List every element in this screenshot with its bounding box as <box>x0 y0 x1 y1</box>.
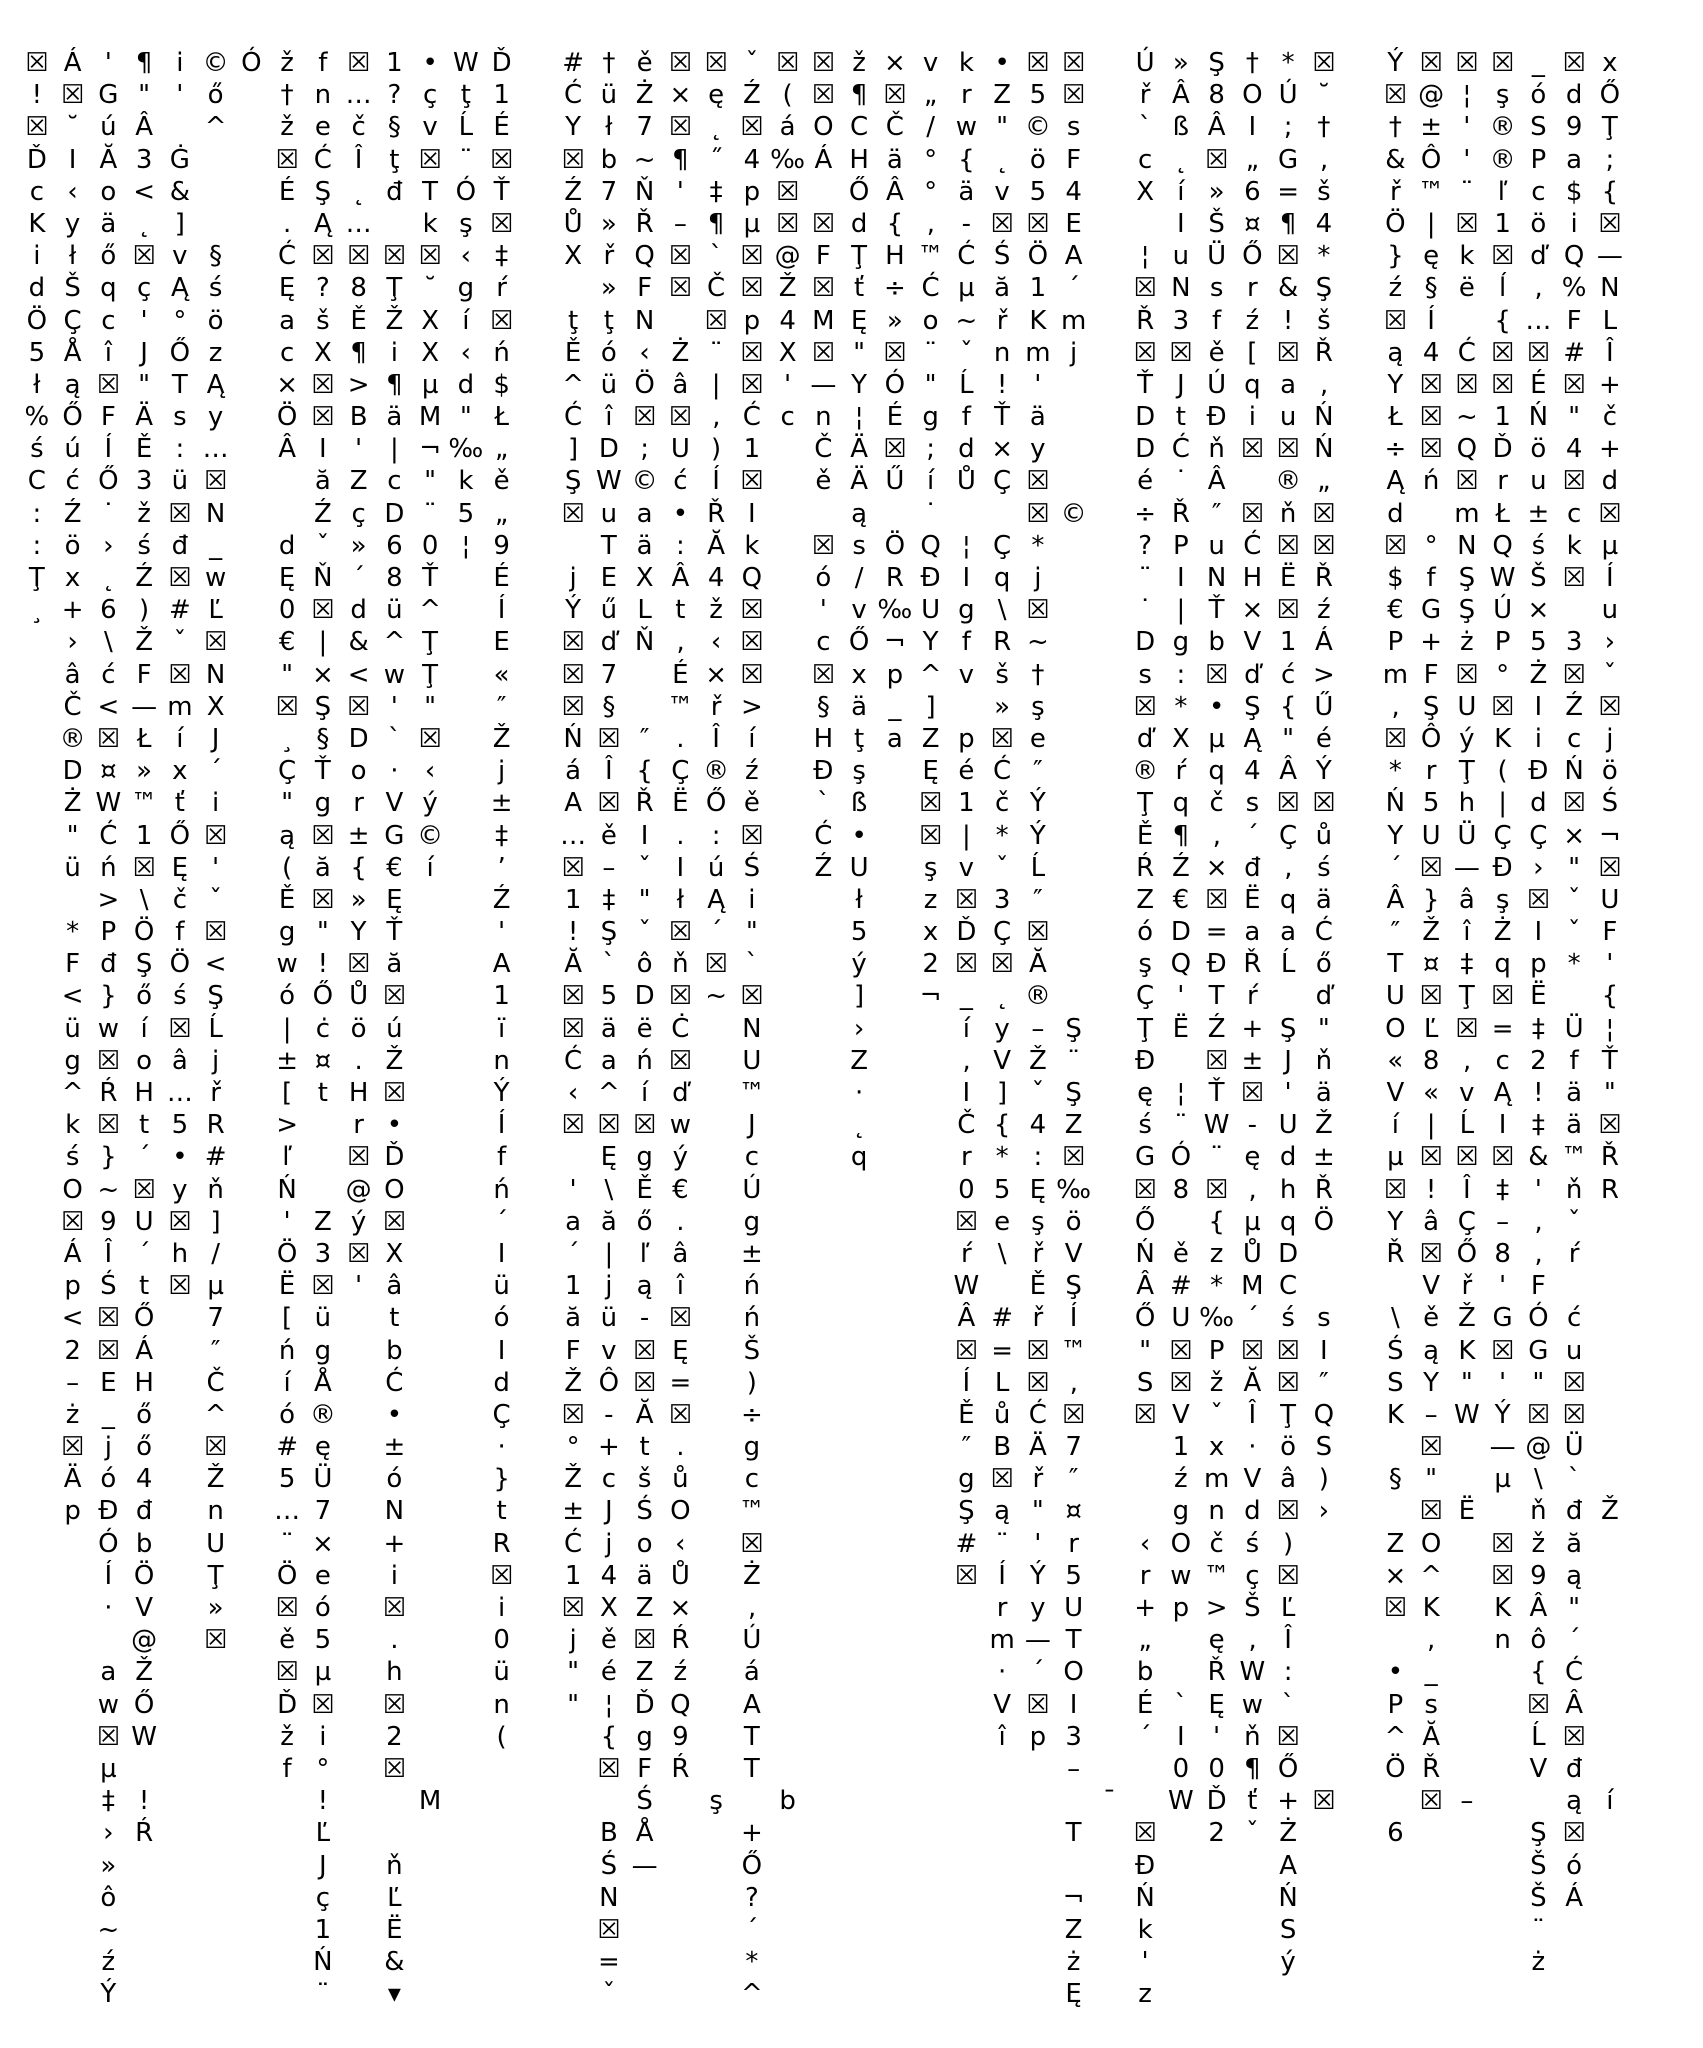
glyph-cell: p <box>877 659 913 691</box>
glyph-cell: ☒ <box>1485 1141 1521 1173</box>
glyph-cell: Đ <box>1199 401 1235 433</box>
glyph-cell <box>806 1206 842 1238</box>
glyph-cell: Ý <box>1020 820 1056 852</box>
glyph-cell: ˙ <box>1163 465 1199 497</box>
glyph-cell <box>198 1914 234 1946</box>
glyph-cell <box>949 1946 985 1978</box>
glyph-cell: 2 <box>55 1335 91 1367</box>
glyph-cell: { <box>341 852 377 884</box>
glyph-cell <box>448 1978 484 2010</box>
glyph-cell: " <box>627 884 663 916</box>
glyph-cell: i <box>305 1721 341 1753</box>
glyph-cell <box>520 1431 556 1463</box>
glyph-cell: } <box>1378 240 1414 272</box>
glyph-cell: ` <box>377 723 413 755</box>
glyph-cell: ¨ <box>698 337 734 369</box>
glyph-cell: ' <box>162 79 198 111</box>
glyph-cell: ´ <box>1378 852 1414 884</box>
glyph-cell: ą <box>1556 1785 1592 1817</box>
glyph-cell: ř <box>1020 1238 1056 1270</box>
glyph-cell: Í <box>1413 305 1449 337</box>
glyph-cell <box>234 1592 270 1624</box>
glyph-cell: Ź <box>305 498 341 530</box>
glyph-cell <box>806 1174 842 1206</box>
glyph-cell: q <box>1485 948 1521 980</box>
glyph-cell: w <box>949 111 985 143</box>
glyph-cell: í <box>162 723 198 755</box>
glyph-cell: ň <box>1199 433 1235 465</box>
glyph-cell: © <box>627 465 663 497</box>
glyph-cell: ☒ <box>555 1013 591 1045</box>
glyph-cell <box>877 1560 913 1592</box>
glyph-cell <box>877 787 913 819</box>
glyph-cell: 1 <box>555 1270 591 1302</box>
glyph-cell <box>806 498 842 530</box>
glyph-cell: ċ <box>305 1013 341 1045</box>
glyph-cell <box>484 1850 520 1882</box>
glyph-cell: ☒ <box>806 79 842 111</box>
glyph-cell: " <box>1270 723 1306 755</box>
glyph-cell: L <box>984 1367 1020 1399</box>
glyph-cell: Z <box>627 1592 663 1624</box>
glyph-cell <box>520 1463 556 1495</box>
glyph-cell <box>877 1528 913 1560</box>
glyph-cell: Ë <box>663 787 699 819</box>
glyph-cell: ☒ <box>770 208 806 240</box>
glyph-cell: Ć <box>377 1367 413 1399</box>
glyph-cell <box>698 1495 734 1527</box>
glyph-cell <box>1056 1785 1092 1817</box>
glyph-cell <box>1378 1624 1414 1656</box>
glyph-cell <box>698 1463 734 1495</box>
glyph-cell: ☒ <box>91 1045 127 1077</box>
glyph-cell: Â <box>1556 1689 1592 1721</box>
glyph-cell: ☒ <box>1306 530 1342 562</box>
glyph-cell: ` <box>734 948 770 980</box>
glyph-cell: „ <box>1127 1624 1163 1656</box>
glyph-cell: 7 <box>198 1302 234 1334</box>
glyph-cell: ´ <box>484 1206 520 1238</box>
glyph-cell: â <box>162 1045 198 1077</box>
glyph-cell: ☒ <box>663 401 699 433</box>
glyph-cell: P <box>1378 1689 1414 1721</box>
glyph-cell: + <box>1413 626 1449 658</box>
glyph-cell <box>1306 1817 1342 1849</box>
glyph-cell: Ç <box>484 1399 520 1431</box>
glyph-cell <box>1306 1270 1342 1302</box>
glyph-cell: . <box>663 723 699 755</box>
glyph-cell: Ô <box>1413 723 1449 755</box>
glyph-cell: J <box>126 337 162 369</box>
glyph-cell: a <box>1270 369 1306 401</box>
glyph-cell: { <box>1485 305 1521 337</box>
glyph-cell: Î <box>1449 1174 1485 1206</box>
glyph-cell: ® <box>698 755 734 787</box>
glyph-cell: d <box>1235 1495 1271 1527</box>
glyph-cell: " <box>55 820 91 852</box>
glyph-cell: ¶ <box>341 337 377 369</box>
glyph-cell: – <box>591 852 627 884</box>
glyph-cell: P <box>1199 1335 1235 1367</box>
glyph-cell: Ś <box>734 852 770 884</box>
glyph-cell <box>770 1914 806 1946</box>
glyph-cell: ☒ <box>1270 530 1306 562</box>
glyph-cell: © <box>1056 498 1092 530</box>
glyph-cell: I <box>949 562 985 594</box>
glyph-cell <box>1235 1882 1271 1914</box>
glyph-cell <box>1485 1978 1521 2010</box>
text-row: Ób U ¨× + R Ćjo‹ ☒ #¨'r ‹Očś) ZO ☒žă <box>19 1528 1628 1560</box>
glyph-cell: ☒ <box>627 401 663 433</box>
glyph-cell: Y <box>555 111 591 143</box>
glyph-cell: ň <box>1235 1721 1271 1753</box>
glyph-cell: ▾ <box>377 1978 413 2010</box>
glyph-cell: % <box>1556 272 1592 304</box>
glyph-cell: Ľ <box>1270 1592 1306 1624</box>
glyph-cell <box>520 1335 556 1367</box>
glyph-cell: 8 <box>1199 79 1235 111</box>
glyph-cell <box>198 1978 234 2010</box>
glyph-cell: ☒ <box>1020 47 1056 79</box>
glyph-cell: • <box>162 1141 198 1173</box>
glyph-cell <box>448 1367 484 1399</box>
glyph-cell: d <box>949 433 985 465</box>
glyph-cell: Ţ <box>1449 980 1485 1012</box>
glyph-cell: Ç <box>984 530 1020 562</box>
glyph-cell: b <box>1127 1656 1163 1688</box>
text-row: ☒W ži 2 ( {g9 T îp3 ´I'ň☒ ^Ă Ĺ☒ <box>19 1721 1628 1753</box>
glyph-cell: } <box>91 980 127 1012</box>
glyph-cell: 1 <box>555 884 591 916</box>
glyph-cell <box>1092 916 1128 948</box>
glyph-cell: ® <box>1270 465 1306 497</box>
text-row: ¸+6)#Ľ 0☒dü^ Í ÝűLtž☒ 'v‰Ug\☒ ˙|Ť×☒ź €GŞ… <box>19 594 1628 626</box>
glyph-cell <box>1592 1431 1628 1463</box>
glyph-cell: ´ <box>126 1238 162 1270</box>
glyph-cell: _ <box>949 980 985 1012</box>
glyph-cell: 9 <box>663 1721 699 1753</box>
glyph-cell: ¶ <box>377 369 413 401</box>
text-row: *PÖf☒ g"YŤ ' !Şˇ☒´" 5 xĎÇ☒ óD=aaĆ ″ŽîŻIˇ… <box>19 916 1628 948</box>
glyph-cell <box>1592 1463 1628 1495</box>
glyph-cell <box>663 1785 699 1817</box>
glyph-cell <box>19 948 55 980</box>
glyph-cell: ☒ <box>1449 208 1485 240</box>
glyph-cell: ☒ <box>1485 1560 1521 1592</box>
glyph-cell: ☒ <box>806 208 842 240</box>
glyph-cell: n <box>984 337 1020 369</box>
glyph-cell: ő <box>126 980 162 1012</box>
glyph-cell: ' <box>1485 1270 1521 1302</box>
glyph-cell <box>877 1495 913 1527</box>
glyph-cell: d <box>1556 79 1592 111</box>
glyph-cell: k <box>55 1109 91 1141</box>
glyph-cell: é <box>591 1656 627 1688</box>
glyph-cell: c <box>770 401 806 433</box>
glyph-cell: ř <box>698 691 734 723</box>
glyph-cell: ţ <box>591 305 627 337</box>
glyph-cell <box>698 1013 734 1045</box>
glyph-cell: ¦ <box>949 530 985 562</box>
glyph-cell <box>520 498 556 530</box>
glyph-cell <box>1485 1656 1521 1688</box>
glyph-cell: t <box>1163 401 1199 433</box>
glyph-cell <box>412 1174 448 1206</box>
glyph-cell: » <box>341 530 377 562</box>
glyph-cell <box>412 1431 448 1463</box>
glyph-cell: † <box>1306 111 1342 143</box>
glyph-cell: h <box>377 1656 413 1688</box>
glyph-cell: * <box>1556 948 1592 980</box>
glyph-cell: T <box>734 1753 770 1785</box>
glyph-cell: * <box>734 1946 770 1978</box>
glyph-cell <box>520 1817 556 1849</box>
glyph-cell <box>1235 1850 1271 1882</box>
glyph-cell <box>1127 208 1163 240</box>
glyph-cell <box>1235 1914 1271 1946</box>
glyph-cell: ± <box>555 1495 591 1527</box>
glyph-cell: ¦ <box>591 1689 627 1721</box>
glyph-cell <box>984 498 1020 530</box>
glyph-cell: ☒ <box>555 659 591 691</box>
glyph-cell: I <box>627 820 663 852</box>
glyph-cell: N <box>198 659 234 691</box>
glyph-cell: Ě <box>949 1399 985 1431</box>
glyph-cell: ‚ <box>1199 820 1235 852</box>
glyph-cell: 1 <box>734 433 770 465</box>
glyph-cell: Ő <box>162 337 198 369</box>
glyph-cell <box>806 1141 842 1173</box>
glyph-cell: ☒ <box>341 948 377 980</box>
glyph-cell <box>484 1978 520 2010</box>
glyph-cell: ç <box>305 1882 341 1914</box>
glyph-cell <box>19 1270 55 1302</box>
glyph-cell: … <box>269 1495 305 1527</box>
glyph-cell: t <box>126 1270 162 1302</box>
glyph-cell: ‡ <box>1449 948 1485 980</box>
glyph-cell: Ž <box>555 1367 591 1399</box>
glyph-cell: & <box>1378 144 1414 176</box>
glyph-cell: ☒ <box>1270 1721 1306 1753</box>
glyph-cell: Á <box>55 47 91 79</box>
glyph-cell: + <box>377 1528 413 1560</box>
glyph-cell: ‡ <box>1521 1109 1557 1141</box>
glyph-cell: ! <box>984 369 1020 401</box>
glyph-cell: µ <box>305 1656 341 1688</box>
glyph-cell <box>770 1850 806 1882</box>
glyph-cell: ń <box>91 852 127 884</box>
glyph-cell <box>698 1914 734 1946</box>
glyph-cell: 0 <box>1199 1753 1235 1785</box>
glyph-cell: Ś <box>984 240 1020 272</box>
text-row: ›Ŕ Ľ BÅ + T ☒ 2ˇŻ 6 Ş☒ <box>19 1817 1628 1849</box>
glyph-cell: 4 <box>698 562 734 594</box>
glyph-cell: • <box>1199 691 1235 723</box>
glyph-cell <box>1056 723 1092 755</box>
glyph-cell: ¶ <box>1163 820 1199 852</box>
glyph-cell: G <box>1413 594 1449 626</box>
glyph-cell <box>877 1013 913 1045</box>
glyph-cell: 3 <box>1163 305 1199 337</box>
glyph-cell: / <box>841 562 877 594</box>
glyph-cell: Ţ <box>841 240 877 272</box>
glyph-cell: ä <box>91 208 127 240</box>
glyph-cell: ü <box>591 1302 627 1334</box>
glyph-cell: u <box>1592 594 1628 626</box>
glyph-cell: ř <box>1449 1270 1485 1302</box>
glyph-cell: ź <box>91 1946 127 1978</box>
glyph-cell: ☒ <box>91 1109 127 1141</box>
glyph-cell: ž <box>1521 1528 1557 1560</box>
glyph-cell <box>234 240 270 272</box>
glyph-cell <box>1342 176 1378 208</box>
glyph-cell: ~ <box>1020 626 1056 658</box>
glyph-cell: 5 <box>448 498 484 530</box>
glyph-cell: • <box>663 498 699 530</box>
glyph-cell <box>234 820 270 852</box>
glyph-cell <box>234 884 270 916</box>
glyph-cell: „ <box>484 498 520 530</box>
glyph-cell <box>1449 1528 1485 1560</box>
glyph-cell: g <box>305 1335 341 1367</box>
glyph-cell: { <box>984 1109 1020 1141</box>
glyph-cell: E <box>591 562 627 594</box>
glyph-cell: ˇ <box>627 852 663 884</box>
glyph-cell: • <box>377 1109 413 1141</box>
glyph-cell: ☒ <box>1270 594 1306 626</box>
glyph-cell: ¦ <box>1449 79 1485 111</box>
glyph-cell <box>412 1109 448 1141</box>
glyph-cell: ☒ <box>1592 208 1628 240</box>
glyph-cell: w <box>91 1689 127 1721</box>
text-row: <☒Ő 7 [ü t ó ăü-☒ ń Â#řÍ ŐU‰´śs \ěŽGÓć <box>19 1302 1628 1334</box>
glyph-cell: X <box>1127 176 1163 208</box>
glyph-cell: Í <box>1592 562 1628 594</box>
glyph-cell: 7 <box>627 111 663 143</box>
glyph-cell <box>341 1656 377 1688</box>
glyph-cell: ☒ <box>555 852 591 884</box>
glyph-cell: ☒ <box>377 240 413 272</box>
glyph-cell <box>1092 369 1128 401</box>
glyph-cell: r <box>1056 1528 1092 1560</box>
glyph-cell <box>806 948 842 980</box>
glyph-cell: H <box>1235 562 1271 594</box>
glyph-cell: Y <box>1413 1367 1449 1399</box>
glyph-cell: „ <box>1306 465 1342 497</box>
glyph-cell <box>198 208 234 240</box>
glyph-cell <box>19 1721 55 1753</box>
glyph-cell: ë <box>627 1013 663 1045</box>
glyph-cell: ‰ <box>877 594 913 626</box>
glyph-cell <box>555 1882 591 1914</box>
glyph-cell: & <box>1521 1141 1557 1173</box>
text-row: ŻW™ťi "grVý ± A☒ŘËŐě `ß ☒1čÝ Ţqčs☒☒ Ń5h|… <box>19 787 1628 819</box>
glyph-cell <box>234 1109 270 1141</box>
glyph-cell: ű <box>591 594 627 626</box>
glyph-cell: j <box>1056 337 1092 369</box>
glyph-cell: 6 <box>91 594 127 626</box>
glyph-cell <box>269 465 305 497</box>
glyph-cell: i <box>198 787 234 819</box>
glyph-cell: » <box>198 1592 234 1624</box>
glyph-cell <box>520 1302 556 1334</box>
glyph-cell: @ <box>770 240 806 272</box>
glyph-cell: ő <box>126 1431 162 1463</box>
glyph-cell <box>1342 111 1378 143</box>
glyph-cell: † <box>269 79 305 111</box>
glyph-cell: ® <box>1127 755 1163 787</box>
glyph-cell: : <box>1020 1141 1056 1173</box>
glyph-cell <box>520 1013 556 1045</box>
glyph-cell: g <box>913 401 949 433</box>
glyph-cell: ☒ <box>1449 369 1485 401</box>
glyph-cell: Ă <box>555 948 591 980</box>
glyph-cell: ’ <box>484 852 520 884</box>
glyph-cell: Ć <box>269 240 305 272</box>
glyph-cell: Z <box>627 1656 663 1688</box>
glyph-cell: ( <box>269 852 305 884</box>
glyph-cell: ˘ <box>412 272 448 304</box>
glyph-cell: # <box>198 1141 234 1173</box>
glyph-cell: ‡ <box>91 1785 127 1817</box>
glyph-cell: ' <box>484 916 520 948</box>
glyph-cell <box>841 1335 877 1367</box>
glyph-cell: \ <box>126 884 162 916</box>
glyph-cell <box>1092 1013 1128 1045</box>
glyph-cell <box>770 1656 806 1688</box>
glyph-cell: Ć <box>913 272 949 304</box>
glyph-cell <box>126 1882 162 1914</box>
glyph-cell: ž <box>698 594 734 626</box>
glyph-cell <box>1485 1495 1521 1527</box>
glyph-cell: ☒ <box>734 820 770 852</box>
glyph-cell <box>448 1753 484 1785</box>
glyph-cell: ± <box>1521 498 1557 530</box>
glyph-cell: Ź <box>1556 691 1592 723</box>
glyph-cell: 7 <box>1056 1431 1092 1463</box>
glyph-cell: s <box>1199 272 1235 304</box>
glyph-cell: c <box>734 1141 770 1173</box>
glyph-cell: ÷ <box>1378 433 1414 465</box>
glyph-cell: v <box>591 1335 627 1367</box>
glyph-cell: ź <box>1306 594 1342 626</box>
glyph-cell <box>19 1817 55 1849</box>
text-row: ż_ő ^ ó® • Ç ☒-Ă☒ ÷ ĚůĆ☒ ☒VˇÎŢQ K–WÝ☒☒ <box>19 1399 1628 1431</box>
glyph-cell: ☒ <box>734 240 770 272</box>
glyph-cell: ´ <box>198 755 234 787</box>
glyph-cell <box>484 1817 520 1849</box>
glyph-cell: Ş <box>1413 691 1449 723</box>
glyph-cell <box>949 1785 985 1817</box>
glyph-cell: A <box>734 1689 770 1721</box>
glyph-cell: Q <box>1306 1399 1342 1431</box>
glyph-cell: ť <box>1235 1785 1271 1817</box>
glyph-cell <box>627 659 663 691</box>
glyph-cell <box>1127 1753 1163 1785</box>
glyph-cell <box>1056 787 1092 819</box>
glyph-cell <box>520 1624 556 1656</box>
glyph-cell: ż <box>1449 626 1485 658</box>
glyph-cell <box>19 1624 55 1656</box>
glyph-cell: Ę <box>269 272 305 304</box>
glyph-cell: ☒ <box>1020 1335 1056 1367</box>
glyph-cell: ¶ <box>1270 208 1306 240</box>
glyph-cell: ě <box>627 47 663 79</box>
glyph-cell: a <box>555 1206 591 1238</box>
glyph-cell <box>1020 1785 1056 1817</box>
glyph-cell: ń <box>627 1045 663 1077</box>
glyph-cell: ˇ <box>734 47 770 79</box>
